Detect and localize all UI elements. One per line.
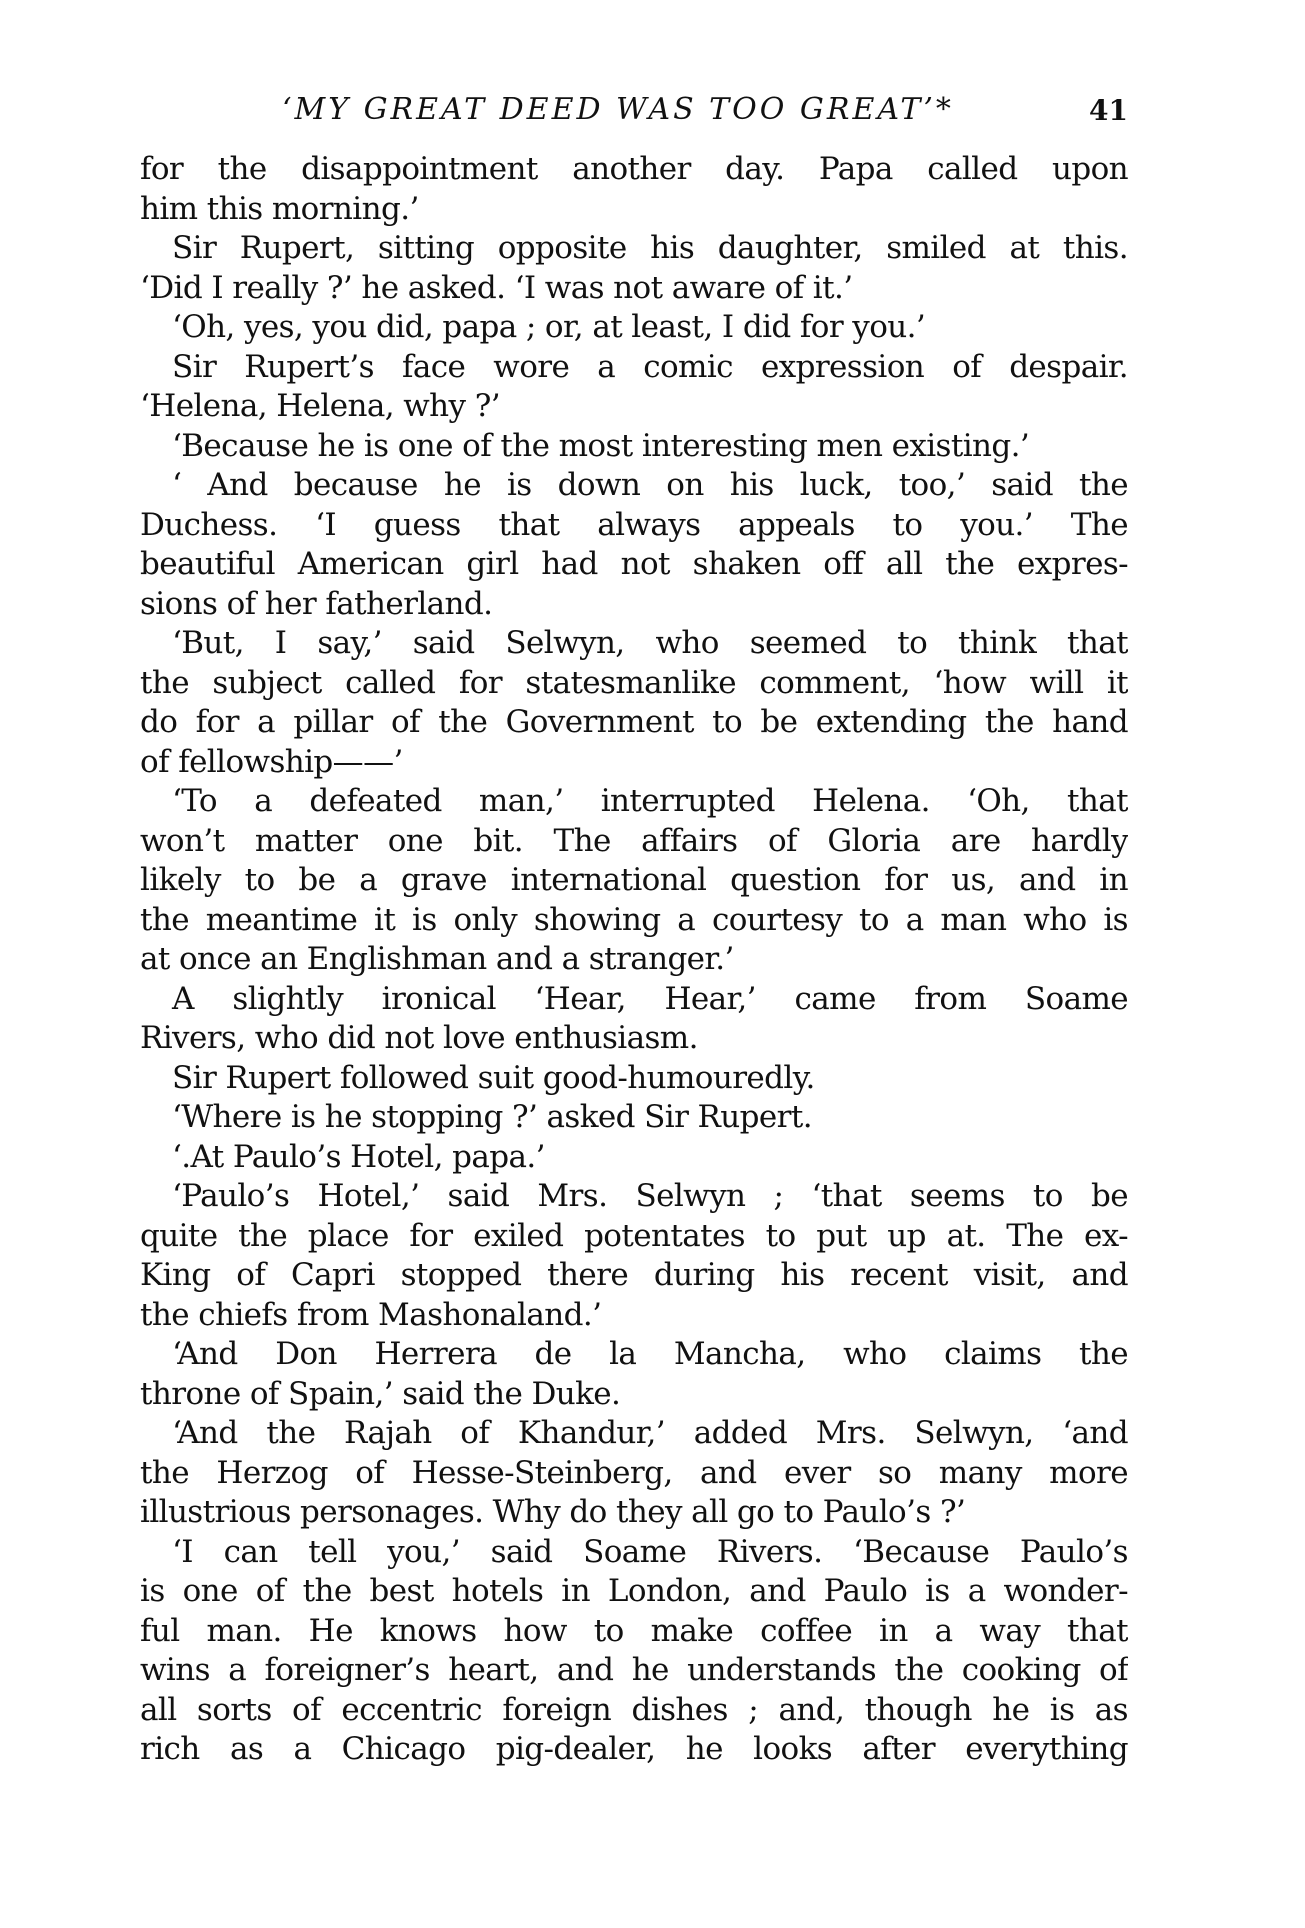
text-line: ‘Oh, yes, you did, papa ; or, at least, … [140, 308, 1128, 348]
text-line: for the disappointment another day. Papa… [140, 150, 1128, 190]
running-title: ‘MY GREAT DEED WAS TOO GREAT’* [282, 92, 954, 127]
text-line: King of Capri stopped there during his r… [140, 1256, 1128, 1296]
text-line: ‘And the Rajah of Khandur,’ added Mrs. S… [140, 1414, 1128, 1454]
text-line: ‘.At Paulo’s Hotel, papa.’ [140, 1138, 1128, 1178]
text-line: the subject called for statesmanlike com… [140, 664, 1128, 704]
text-line: ‘I can tell you,’ said Soame Rivers. ‘Be… [140, 1533, 1128, 1573]
text-line: ‘Because he is one of the most interesti… [140, 427, 1128, 467]
page-header: ‘MY GREAT DEED WAS TOO GREAT’* 41 [140, 92, 1128, 132]
text-line: Sir Rupert followed suit good-humouredly… [140, 1059, 1128, 1099]
text-line: ‘But, I say,’ said Selwyn, who seemed to… [140, 624, 1128, 664]
text-line: Sir Rupert, sitting opposite his daughte… [140, 229, 1128, 269]
text-line: throne of Spain,’ said the Duke. [140, 1375, 1128, 1415]
text-line: likely to be a grave international quest… [140, 861, 1128, 901]
text-line: Duchess. ‘I guess that always appeals to… [140, 506, 1128, 546]
text-line: illustrious personages. Why do they all … [140, 1493, 1128, 1533]
text-line: do for a pillar of the Government to be … [140, 703, 1128, 743]
text-line: beautiful American girl had not shaken o… [140, 545, 1128, 585]
text-line: is one of the best hotels in London, and… [140, 1572, 1128, 1612]
text-line: won’t matter one bit. The affairs of Glo… [140, 822, 1128, 862]
text-line: A slightly ironical ‘Hear, Hear,’ came f… [140, 980, 1128, 1020]
text-line: ‘To a defeated man,’ interrupted Helena.… [140, 782, 1128, 822]
body-text: for the disappointment another day. Papa… [140, 150, 1128, 1770]
text-line: ‘Paulo’s Hotel,’ said Mrs. Selwyn ; ‘tha… [140, 1177, 1128, 1217]
text-line: ‘And Don Herrera de la Mancha, who claim… [140, 1335, 1128, 1375]
text-line: the meantime it is only showing a courte… [140, 901, 1128, 941]
text-line: Rivers, who did not love enthusiasm. [140, 1019, 1128, 1059]
text-line: ‘Helena, Helena, why ?’ [140, 387, 1128, 427]
text-line: sions of her fatherland. [140, 585, 1128, 625]
text-line: wins a foreigner’s heart, and he underst… [140, 1651, 1128, 1691]
text-line: ‘Did I really ?’ he asked. ‘I was not aw… [140, 269, 1128, 309]
text-line: rich as a Chicago pig-dealer, he looks a… [140, 1730, 1128, 1770]
text-line: at once an Englishman and a stranger.’ [140, 940, 1128, 980]
text-line: quite the place for exiled potentates to… [140, 1217, 1128, 1257]
text-line: of fellowship——’ [140, 743, 1128, 783]
text-line: ‘ And because he is down on his luck, to… [140, 466, 1128, 506]
text-line: the chiefs from Mashonaland.’ [140, 1296, 1128, 1336]
page-number: 41 [1089, 94, 1128, 127]
text-line: all sorts of eccentric foreign dishes ; … [140, 1691, 1128, 1731]
text-line: him this morning.’ [140, 190, 1128, 230]
text-line: Sir Rupert’s face wore a comic expressio… [140, 348, 1128, 388]
text-line: ful man. He knows how to make coffee in … [140, 1612, 1128, 1652]
text-line: ‘Where is he stopping ?’ asked Sir Ruper… [140, 1098, 1128, 1138]
text-line: the Herzog of Hesse-Steinberg, and ever … [140, 1454, 1128, 1494]
